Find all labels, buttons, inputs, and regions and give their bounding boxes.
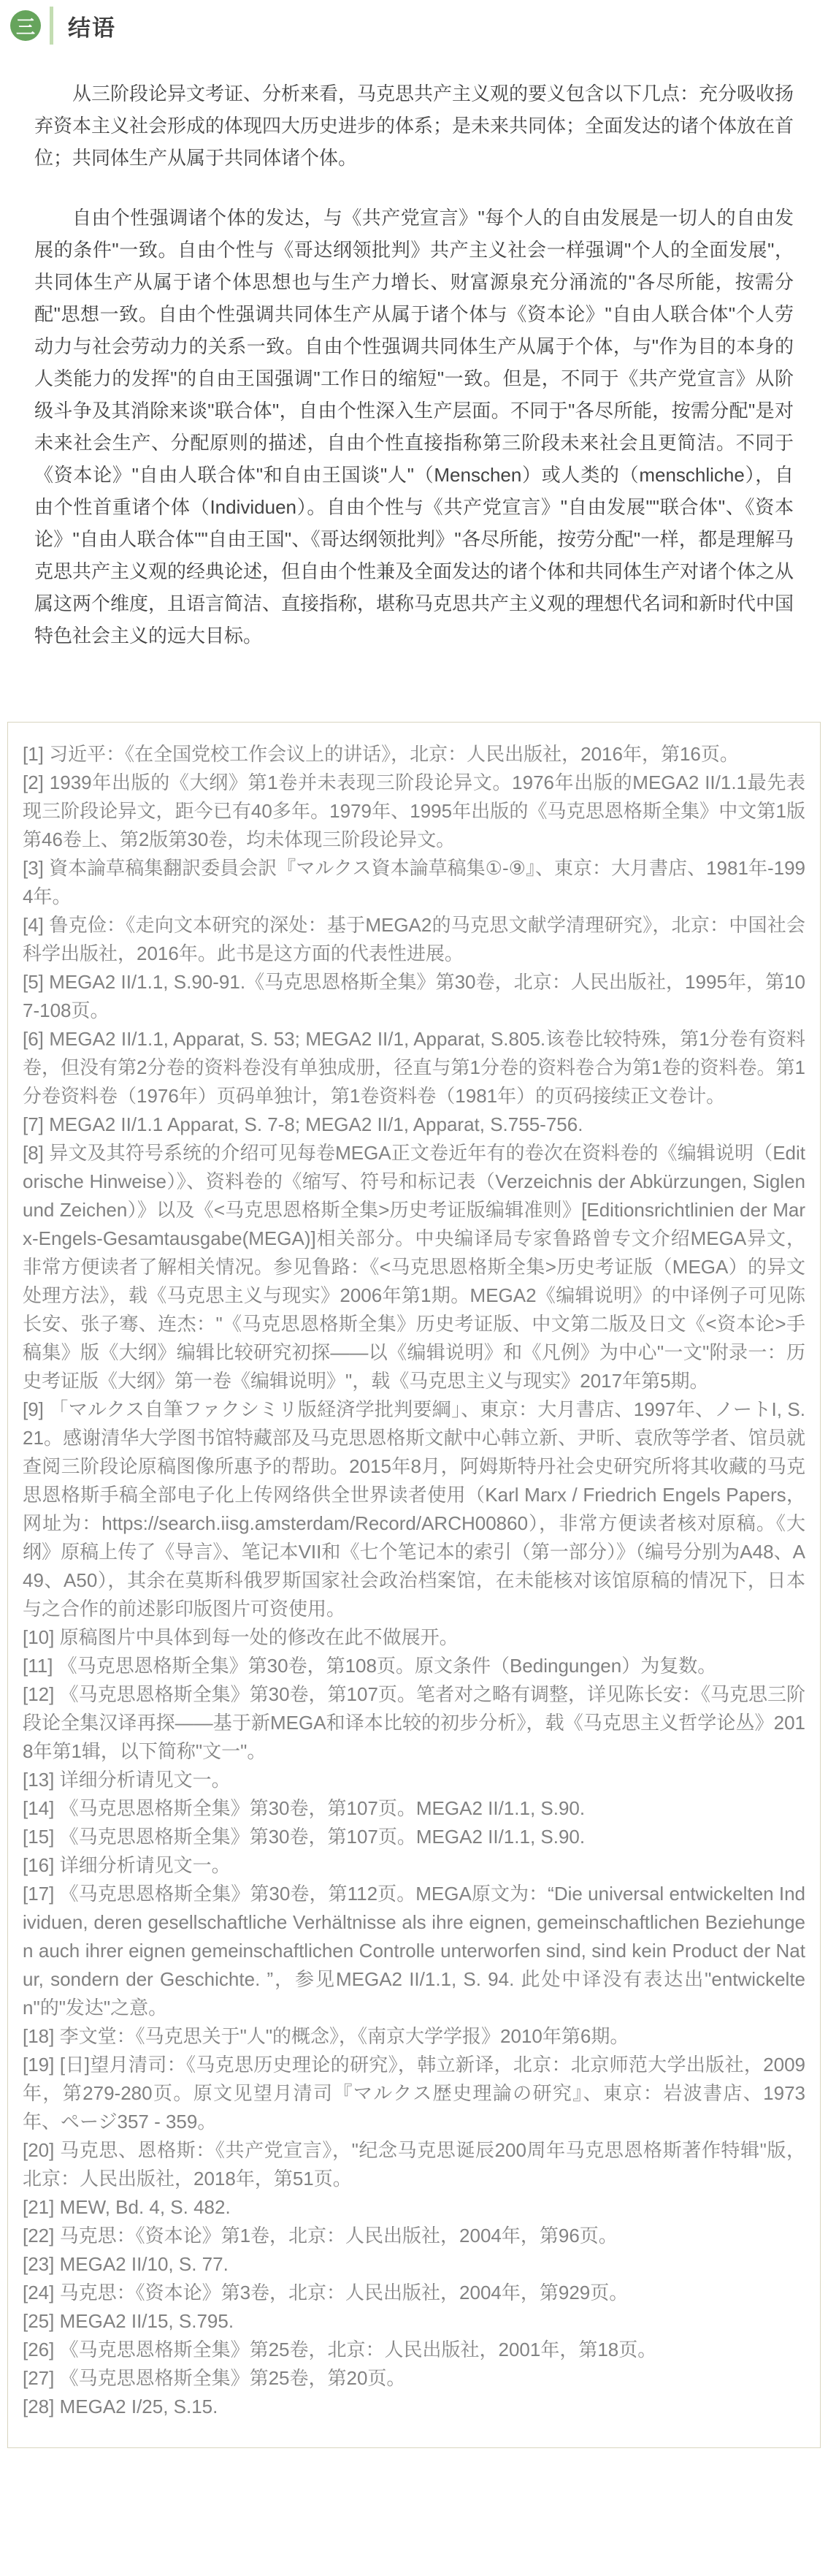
footnote-item: [16] 详细分析请见文一。 <box>23 1851 805 1880</box>
footnote-item: [5] MEGA2 II/1.1, S.90-91.《马克思恩格斯全集》第30卷… <box>23 968 805 1025</box>
article-body: 从三阶段论异文考证、分析来看，马克思共产主义观的要义包含以下几点：充分吸收扬弃资… <box>0 77 828 652</box>
footnote-item: [19] [日]望月清司：《马克思历史理论的研究》，韩立新译，北京：北京师范大学… <box>23 2051 805 2136</box>
footnote-item: [15] 《马克思恩格斯全集》第30卷，第107页。MEGA2 II/1.1, … <box>23 1823 805 1851</box>
footnote-item: [27] 《马克思恩格斯全集》第25卷，第20页。 <box>23 2364 805 2393</box>
footnotes-box: [1] 习近平：《在全国党校工作会议上的讲话》，北京：人民出版社，2016年，第… <box>7 722 821 2448</box>
footnote-item: [2] 1939年出版的《大纲》第1卷并未表现三阶段论异文。1976年出版的ME… <box>23 769 805 854</box>
footnote-item: [18] 李文堂：《马克思关于"人"的概念》，《南京大学学报》2010年第6期。 <box>23 2022 805 2051</box>
section-number-icon: 三 <box>10 10 41 41</box>
footnote-item: [17] 《马克思恩格斯全集》第30卷，第112页。MEGA原文为：“Die u… <box>23 1880 805 2022</box>
footnote-item: [21] MEW, Bd. 4, S. 482. <box>23 2193 805 2222</box>
section-number-glyph: 三 <box>16 12 35 39</box>
footnote-item: [22] 马克思：《资本论》第1卷，北京：人民出版社，2004年，第96页。 <box>23 2222 805 2250</box>
section-header: 三 结语 <box>0 0 828 45</box>
footnote-item: [12] 《马克思恩格斯全集》第30卷，第107页。笔者对之略有调整，详见陈长安… <box>23 1680 805 1766</box>
section-title: 结语 <box>68 9 116 42</box>
accent-bar <box>50 7 53 45</box>
footnote-item: [3] 資本論草稿集翻訳委員会訳『マルクス資本論草稿集①-⑨』、東京：大月書店、… <box>23 854 805 911</box>
footnote-item: [13] 详细分析请见文一。 <box>23 1766 805 1794</box>
footnote-item: [4] 鲁克俭：《走向文本研究的深处：基于MEGA2的马克思文献学清理研究》，北… <box>23 911 805 968</box>
footnote-item: [24] 马克思：《资本论》第3卷，北京：人民出版社，2004年，第929页。 <box>23 2279 805 2307</box>
footnote-item: [11] 《马克思恩格斯全集》第30卷，第108页。原文条件（Bedingung… <box>23 1652 805 1680</box>
footnote-item: [23] MEGA2 II/10, S. 77. <box>23 2250 805 2279</box>
article-paragraph: 自由个性强调诸个体的发达，与《共产党宣言》"每个人的自由发展是一切人的自由发展的… <box>34 202 794 652</box>
footnote-item: [9] 「マルクス自筆ファクシミリ版経済学批判要綱」、東京：大月書店、1997年… <box>23 1395 805 1623</box>
footnote-item: [14] 《马克思恩格斯全集》第30卷，第107页。MEGA2 II/1.1, … <box>23 1794 805 1823</box>
footnote-item: [6] MEGA2 II/1.1, Apparat, S. 53; MEGA2 … <box>23 1025 805 1110</box>
footnote-item: [10] 原稿图片中具体到每一处的修改在此不做展开。 <box>23 1623 805 1652</box>
footnote-item: [8] 异文及其符号系统的介绍可见每卷MEGA正文卷近年有的卷次在资料卷的《编辑… <box>23 1139 805 1395</box>
article-paragraph: 从三阶段论异文考证、分析来看，马克思共产主义观的要义包含以下几点：充分吸收扬弃资… <box>34 77 794 174</box>
footnote-item: [25] MEGA2 II/15, S.795. <box>23 2307 805 2336</box>
footnote-item: [7] MEGA2 II/1.1 Apparat, S. 7-8; MEGA2 … <box>23 1110 805 1139</box>
footnote-item: [1] 习近平：《在全国党校工作会议上的讲话》，北京：人民出版社，2016年，第… <box>23 740 805 769</box>
footnote-item: [20] 马克思、恩格斯：《共产党宣言》，"纪念马克思诞辰200周年马克思恩格斯… <box>23 2136 805 2193</box>
footnote-item: [26] 《马克思恩格斯全集》第25卷，北京：人民出版社，2001年，第18页。 <box>23 2336 805 2364</box>
footnote-item: [28] MEGA2 I/25, S.15. <box>23 2393 805 2421</box>
